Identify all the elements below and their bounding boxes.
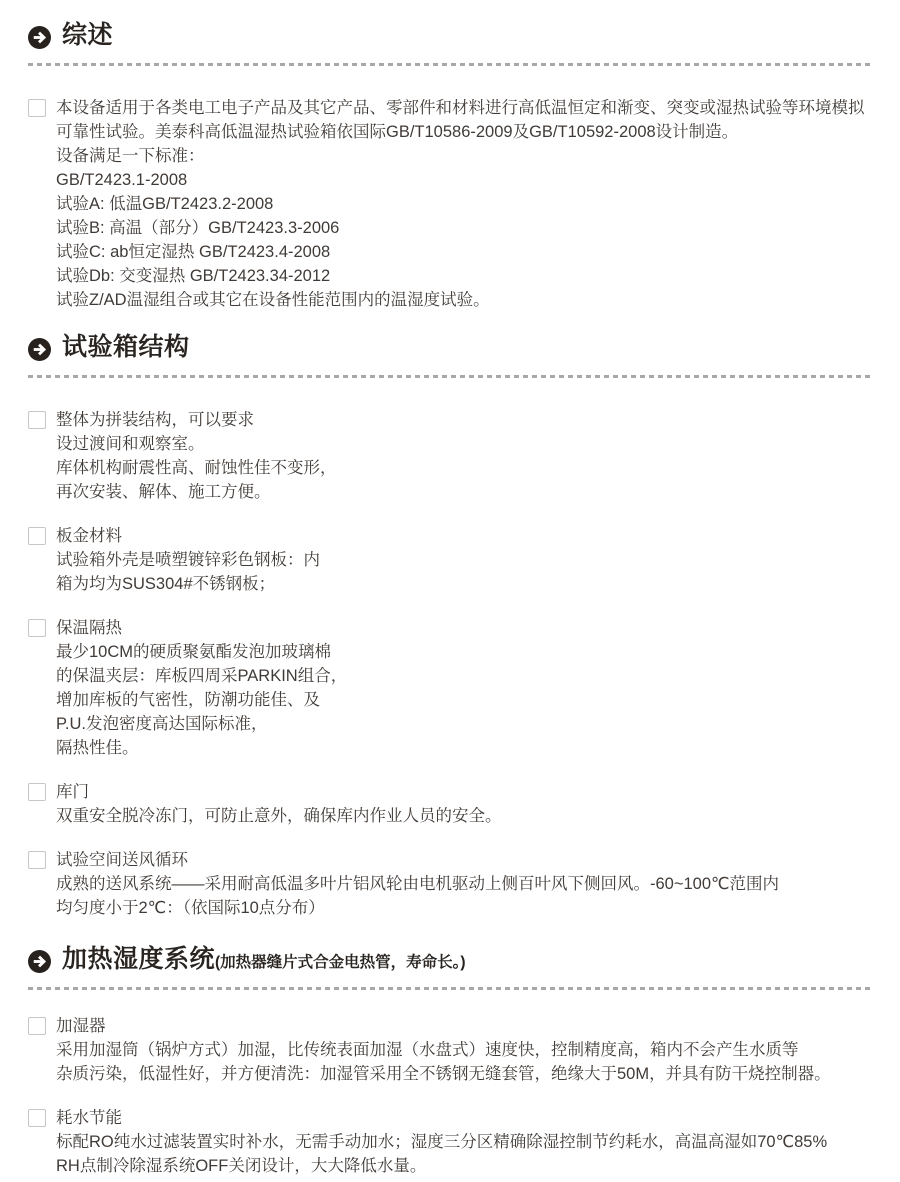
text-line: 可靠性试验。美泰科高低温湿热试验箱依国际GB/T10586-2009及GB/T1… <box>56 120 872 144</box>
checkbox-bullet <box>28 411 46 429</box>
text-line: 试验A: 低温GB/T2423.2-2008 <box>56 192 872 216</box>
text-line: RH点制冷除湿系统OFF关闭设计，大大降低水量。 <box>56 1154 872 1178</box>
text-line: 整体为拼装结构，可以要求 <box>56 408 872 432</box>
feature-item: 加湿器 采用加湿筒（锅炉方式）加湿，比传统表面加湿（水盘式）速度快，控制精度高，… <box>28 1014 872 1086</box>
feature-text: 板金材料 试验箱外壳是喷塑镀锌彩色钢板：内 箱为均为SUS304#不锈钢板； <box>56 524 872 596</box>
text-line: 双重安全脱冷冻门，可防止意外，确保库内作业人员的安全。 <box>56 804 872 828</box>
section-header: 试验箱结构 <box>28 332 872 366</box>
text-line: 试验C: ab恒定湿热 GB/T2423.4-2008 <box>56 240 872 264</box>
feature-text: 整体为拼装结构，可以要求 设过渡间和观察室。 库体机构耐震性高、耐蚀性佳不变形，… <box>56 408 872 504</box>
checkbox-bullet <box>28 783 46 801</box>
text-line: 试验Z/AD温湿组合或其它在设备性能范围内的温湿度试验。 <box>56 288 872 312</box>
feature-item: 耗水节能 标配RO纯水过滤装置实时补水，无需手动加水；湿度三分区精确除湿控制节约… <box>28 1106 872 1178</box>
checkbox-bullet <box>28 99 46 117</box>
text-line: 试验Db: 交变湿热 GB/T2423.34-2012 <box>56 264 872 288</box>
arrow-right-circle-icon <box>28 950 51 973</box>
text-line: 的保温夹层：库板四周采PARKIN组合， <box>56 664 872 688</box>
feature-text: 本设备适用于各类电工电子产品及其它产品、零部件和材料进行高低温恒定和渐变、突变或… <box>56 96 872 312</box>
feature-item: 本设备适用于各类电工电子产品及其它产品、零部件和材料进行高低温恒定和渐变、突变或… <box>28 96 872 312</box>
feature-text: 保温隔热 最少10CM的硬质聚氨酯发泡加玻璃棉 的保温夹层：库板四周采PARKI… <box>56 616 872 760</box>
dashed-divider <box>28 375 872 378</box>
text-line: 设过渡间和观察室。 <box>56 432 872 456</box>
section-title: 试验箱结构 <box>62 333 190 361</box>
feature-label: 保温隔热 <box>56 616 872 640</box>
section-heating-humidity: 加热湿度系统(加热器缝片式合金电热管，寿命长。) 加湿器 采用加湿筒（锅炉方式）… <box>28 944 872 1178</box>
section-title-group: 综述 <box>62 20 113 54</box>
feature-label: 耗水节能 <box>56 1106 872 1130</box>
dashed-divider <box>28 63 872 66</box>
section-subtitle: (加热器缝片式合金电热管，寿命长。) <box>215 954 466 971</box>
text-line: 本设备适用于各类电工电子产品及其它产品、零部件和材料进行高低温恒定和渐变、突变或… <box>56 96 872 120</box>
checkbox-bullet <box>28 1017 46 1035</box>
section-title: 综述 <box>62 21 113 49</box>
text-line: 试验箱外壳是喷塑镀锌彩色钢板：内 <box>56 548 872 572</box>
section-title-group: 试验箱结构 <box>62 332 190 366</box>
text-line: 再次安装、解体、施工方便。 <box>56 480 872 504</box>
text-line: 设备满足一下标准： <box>56 144 872 168</box>
feature-label: 板金材料 <box>56 524 872 548</box>
dashed-divider <box>28 987 872 990</box>
text-line: 箱为均为SUS304#不锈钢板； <box>56 572 872 596</box>
section-title: 加热湿度系统 <box>62 945 215 973</box>
feature-text: 耗水节能 标配RO纯水过滤装置实时补水，无需手动加水；湿度三分区精确除湿控制节约… <box>56 1106 872 1178</box>
section-header: 综述 <box>28 20 872 54</box>
feature-item: 板金材料 试验箱外壳是喷塑镀锌彩色钢板：内 箱为均为SUS304#不锈钢板； <box>28 524 872 596</box>
checkbox-bullet <box>28 527 46 545</box>
feature-item: 整体为拼装结构，可以要求 设过渡间和观察室。 库体机构耐震性高、耐蚀性佳不变形，… <box>28 408 872 504</box>
section-overview: 综述 本设备适用于各类电工电子产品及其它产品、零部件和材料进行高低温恒定和渐变、… <box>28 20 872 312</box>
text-line: 采用加湿筒（锅炉方式）加湿，比传统表面加湿（水盘式）速度快，控制精度高，箱内不会… <box>56 1038 872 1062</box>
text-line: 均匀度小于2℃：（依国际10点分布） <box>56 896 872 920</box>
text-line: P.U.发泡密度高达国际标准， <box>56 712 872 736</box>
text-line: 隔热性佳。 <box>56 736 872 760</box>
checkbox-bullet <box>28 619 46 637</box>
feature-label: 试验空间送风循环 <box>56 848 872 872</box>
document-page: 综述 本设备适用于各类电工电子产品及其它产品、零部件和材料进行高低温恒定和渐变、… <box>0 0 900 1178</box>
feature-item: 试验空间送风循环 成熟的送风系统——采用耐高低温多叶片铝风轮由电机驱动上侧百叶风… <box>28 848 872 920</box>
feature-label: 库门 <box>56 780 872 804</box>
feature-item: 库门 双重安全脱冷冻门，可防止意外，确保库内作业人员的安全。 <box>28 780 872 828</box>
text-line: 试验B: 高温（部分）GB/T2423.3-2006 <box>56 216 872 240</box>
feature-text: 加湿器 采用加湿筒（锅炉方式）加湿，比传统表面加湿（水盘式）速度快，控制精度高，… <box>56 1014 872 1086</box>
text-line: GB/T2423.1-2008 <box>56 168 872 192</box>
checkbox-bullet <box>28 1109 46 1127</box>
section-structure: 试验箱结构 整体为拼装结构，可以要求 设过渡间和观察室。 库体机构耐震性高、耐蚀… <box>28 332 872 920</box>
feature-text: 试验空间送风循环 成熟的送风系统——采用耐高低温多叶片铝风轮由电机驱动上侧百叶风… <box>56 848 872 920</box>
text-line: 库体机构耐震性高、耐蚀性佳不变形， <box>56 456 872 480</box>
section-header: 加热湿度系统(加热器缝片式合金电热管，寿命长。) <box>28 944 872 978</box>
feature-label: 加湿器 <box>56 1014 872 1038</box>
feature-text: 库门 双重安全脱冷冻门，可防止意外，确保库内作业人员的安全。 <box>56 780 872 828</box>
text-line: 增加库板的气密性，防潮功能佳、及 <box>56 688 872 712</box>
feature-item: 保温隔热 最少10CM的硬质聚氨酯发泡加玻璃棉 的保温夹层：库板四周采PARKI… <box>28 616 872 760</box>
text-line: 成熟的送风系统——采用耐高低温多叶片铝风轮由电机驱动上侧百叶风下侧回风。-60~… <box>56 872 872 896</box>
text-line: 最少10CM的硬质聚氨酯发泡加玻璃棉 <box>56 640 872 664</box>
checkbox-bullet <box>28 851 46 869</box>
arrow-right-circle-icon <box>28 26 51 49</box>
text-line: 杂质污染，低湿性好，并方便清洗：加湿管采用全不锈钢无缝套管，绝缘大于50M，并具… <box>56 1062 872 1086</box>
text-line: 标配RO纯水过滤装置实时补水，无需手动加水；湿度三分区精确除湿控制节约耗水，高温… <box>56 1130 872 1154</box>
section-title-group: 加热湿度系统(加热器缝片式合金电热管，寿命长。) <box>62 944 466 978</box>
arrow-right-circle-icon <box>28 338 51 361</box>
